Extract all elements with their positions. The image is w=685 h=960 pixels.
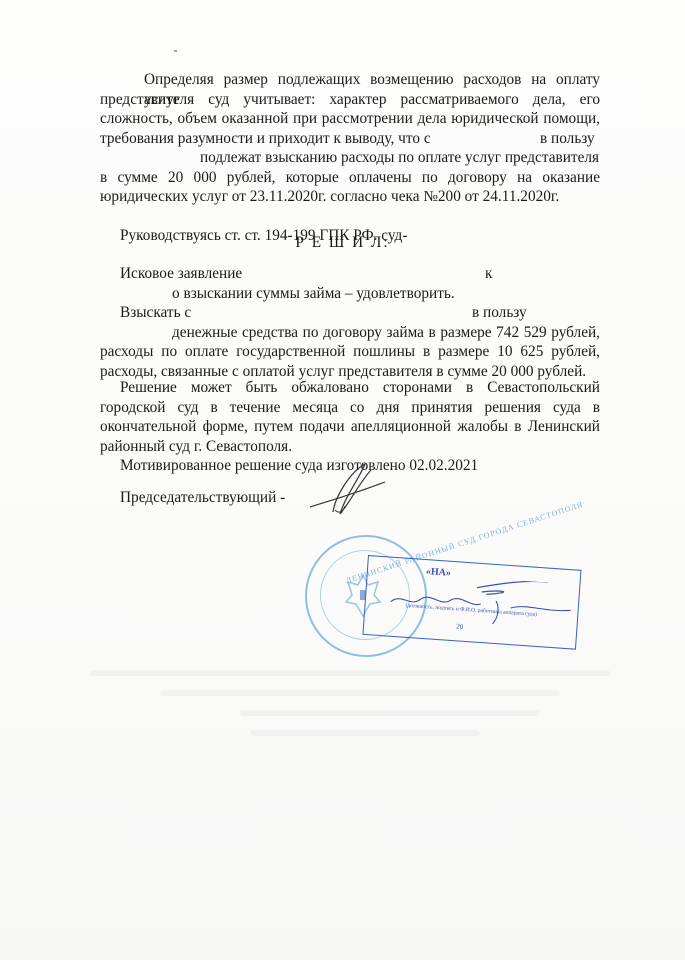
text-line: расходы по оплате государственной пошлин… [100, 342, 600, 362]
text-line: городской суд в течение месяца со дня пр… [100, 398, 600, 418]
paragraph-expenses: Определяя размер подлежащих возмещению р… [100, 70, 600, 207]
text-segment: в пользу [540, 129, 595, 149]
bleed-through [250, 730, 480, 736]
text-line-split: Взыскать с в пользу [100, 303, 600, 323]
text-segment: в пользу [472, 303, 527, 323]
text-segment: Исковое заявление [120, 264, 242, 284]
claim-paragraph: Исковое заявление к о взыскании суммы за… [100, 264, 600, 381]
scan-artifact [174, 50, 177, 52]
judge-signature [305, 462, 395, 522]
decision-heading: Р Е Ш И Л: [0, 234, 685, 252]
bleed-through [160, 690, 560, 696]
text-line-split: Исковое заявление к [100, 264, 600, 284]
document-page: Определяя размер подлежащих возмещению р… [0, 0, 685, 960]
text-line-split: требования разумности и приходит к вывод… [100, 129, 600, 149]
text-line: подлежат взысканию расходы по оплате усл… [100, 148, 600, 168]
text-line: денежные средства по договору займа в ра… [100, 323, 600, 343]
secretary-signature [385, 571, 578, 632]
text-line: Решение может быть обжаловано сторонами … [100, 378, 600, 398]
text-line: о взыскании суммы займа – удовлетворить. [100, 284, 600, 304]
bleed-through [240, 710, 540, 716]
text-segment: к [485, 264, 492, 284]
text-line: окончательной форме, путем подачи апелля… [100, 417, 600, 437]
text-line: в сумме 20 000 рублей, которые оплачены … [100, 168, 600, 188]
text-line: юридических услуг от 23.11.2020г. соглас… [100, 187, 600, 207]
text-segment: требования разумности и приходит к вывод… [100, 129, 431, 149]
text-line: представителя суд учитывает: характер ра… [100, 90, 600, 110]
appeal-paragraph: Решение может быть обжаловано сторонами … [100, 378, 600, 476]
bleed-through [90, 670, 610, 676]
text-line: Определяя размер подлежащих возмещению р… [100, 70, 600, 90]
certification-stamp: «НА» (должность, подпись и Ф.И.О. работн… [362, 555, 581, 650]
text-segment: Взыскать с [120, 303, 191, 323]
text-line: районный суд г. Севастополя. [100, 437, 600, 457]
text-line: сложность, объем оказанной при рассмотре… [100, 109, 600, 129]
